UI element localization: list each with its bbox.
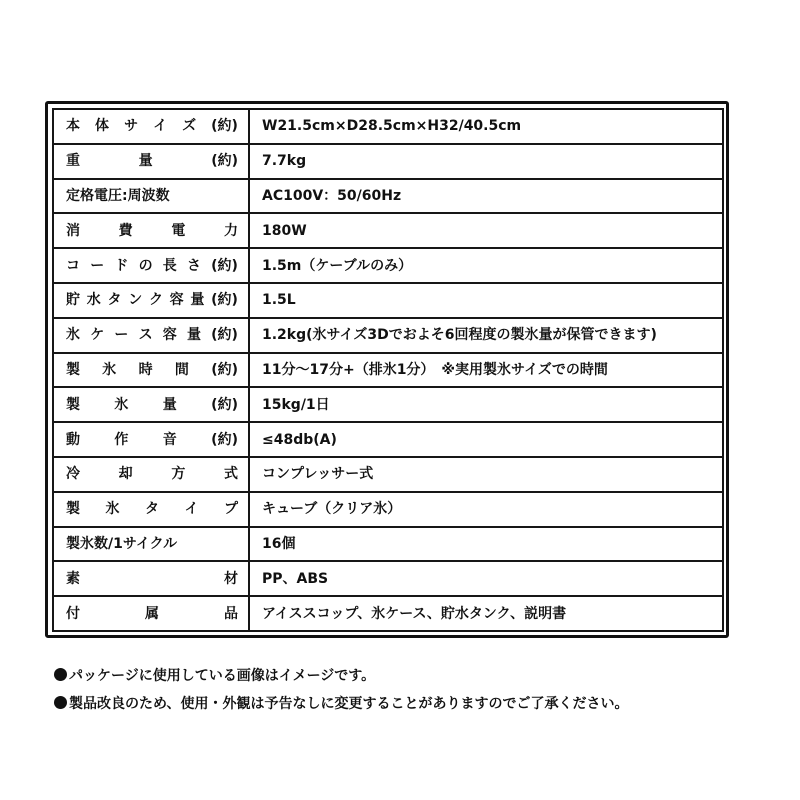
spec-label-char: (約): [211, 119, 238, 133]
spec-label: 氷ケース容量(約): [53, 318, 249, 353]
spec-label-char: 重: [66, 154, 80, 168]
spec-label: 製氷タイプ: [53, 492, 249, 527]
spec-value: 11分〜17分+（排氷1分） ※実用製氷サイズでの時間: [249, 353, 723, 388]
note-text: 製品改良のため、使用・外観は予告なしに変更することがありますのでご了承ください。: [69, 696, 628, 712]
spec-label-char: 動: [66, 433, 80, 447]
spec-label-char: ド: [114, 259, 128, 273]
spec-label-char: 属: [145, 607, 159, 621]
spec-label: 動作音(約): [53, 422, 249, 457]
spec-label-char: 量: [139, 154, 153, 168]
spec-label-char: 氷: [114, 398, 128, 412]
spec-label-char: コ: [66, 259, 80, 273]
spec-value: 1.5m（ケーブルのみ）: [249, 248, 723, 283]
spec-value: キューブ（クリア氷）: [249, 492, 723, 527]
spec-label: 貯水タンク容量(約): [53, 283, 249, 318]
spec-value: コンプレッサー式: [249, 457, 723, 492]
spec-label-char: タ: [107, 293, 121, 307]
spec-label-char: ン: [128, 293, 142, 307]
note-product-improvement: 製品改良のため、使用・外観は予告なしに変更することがありますのでご了承ください。: [54, 693, 774, 721]
spec-label: 定格電圧:周波数: [53, 179, 249, 214]
note-package-image: パッケージに使用している画像はイメージです。: [54, 665, 774, 693]
spec-row-weight: 重量(約) 7.7kg: [53, 144, 723, 179]
spec-label-char: 氷: [66, 328, 80, 342]
spec-label-char: 容: [170, 293, 184, 307]
spec-label-char: 消: [66, 224, 80, 238]
spec-label: 付属品: [53, 596, 249, 631]
spec-row-voltage: 定格電圧:周波数 AC100V：50/60Hz: [53, 179, 723, 214]
spec-label: 重量(約): [53, 144, 249, 179]
spec-label-char: 却: [119, 467, 133, 481]
spec-label-char: 力: [224, 224, 238, 238]
spec-label-char: 製: [66, 502, 80, 516]
spec-label-char: ケ: [90, 328, 104, 342]
spec-label: 製氷時間(約): [53, 353, 249, 388]
spec-label: 本体サイズ(約): [53, 109, 249, 144]
spec-label: 素材: [53, 561, 249, 596]
spec-label-char: (約): [211, 433, 238, 447]
spec-label-char: 作: [114, 433, 128, 447]
bullet-icon: [54, 696, 67, 709]
spec-label-char: 製: [66, 398, 80, 412]
spec-label: 冷却方式: [53, 457, 249, 492]
spec-label-char: ズ: [182, 119, 196, 133]
spec-table: 本体サイズ(約) W21.5cm×D28.5cm×H32/40.5cm 重量(約…: [52, 108, 724, 632]
spec-row-ice-time: 製氷時間(約) 11分〜17分+（排氷1分） ※実用製氷サイズでの時間: [53, 353, 723, 388]
spec-label: 消費電力: [53, 213, 249, 248]
spec-row-accessories: 付属品 アイススコップ、氷ケース、貯水タンク、説明書: [53, 596, 723, 631]
spec-value: 1.5L: [249, 283, 723, 318]
spec-table-body: 本体サイズ(約) W21.5cm×D28.5cm×H32/40.5cm 重量(約…: [53, 109, 723, 631]
note-text: パッケージに使用している画像はイメージです。: [69, 668, 375, 684]
spec-label-char: 量: [190, 293, 204, 307]
spec-label-char: イ: [153, 119, 167, 133]
spec-label-char: 本: [66, 119, 80, 133]
spec-label-char: 付: [66, 607, 80, 621]
spec-label-char: (約): [211, 154, 238, 168]
bullet-icon: [54, 668, 67, 681]
spec-row-ice-type: 製氷タイプ キューブ（クリア氷）: [53, 492, 723, 527]
spec-row-material: 素材 PP、ABS: [53, 561, 723, 596]
spec-label-char: 製: [66, 363, 80, 377]
spec-label-char: 氷: [102, 363, 116, 377]
spec-label-char: イ: [185, 502, 199, 516]
spec-label-char: ク: [149, 293, 163, 307]
spec-label-char: 容: [163, 328, 177, 342]
spec-label-char: (約): [211, 398, 238, 412]
spec-label-char: 貯: [66, 293, 80, 307]
spec-label-char: の: [139, 259, 153, 273]
spec-value: 180W: [249, 213, 723, 248]
spec-label-char: 製氷数/1サイクル: [66, 537, 177, 551]
spec-row-noise: 動作音(約) ≤48db(A): [53, 422, 723, 457]
spec-label-char: (約): [211, 363, 238, 377]
spec-label-char: 電: [171, 224, 185, 238]
spec-label-char: 量: [187, 328, 201, 342]
spec-label-char: サ: [124, 119, 138, 133]
spec-label-char: 冷: [66, 467, 80, 481]
spec-label-char: 品: [224, 607, 238, 621]
spec-label-char: 量: [163, 398, 177, 412]
spec-value: W21.5cm×D28.5cm×H32/40.5cm: [249, 109, 723, 144]
spec-value: 16個: [249, 527, 723, 562]
spec-label-char: さ: [187, 259, 201, 273]
spec-label-char: 長: [163, 259, 177, 273]
spec-label: 製氷数/1サイクル: [53, 527, 249, 562]
spec-row-ice-per-cycle: 製氷数/1サイクル 16個: [53, 527, 723, 562]
spec-label-char: ー: [114, 328, 128, 342]
spec-label: 製氷量(約): [53, 387, 249, 422]
spec-label-char: (約): [211, 259, 238, 273]
spec-row-size: 本体サイズ(約) W21.5cm×D28.5cm×H32/40.5cm: [53, 109, 723, 144]
spec-label-char: 式: [224, 467, 238, 481]
spec-label-char: 定格電圧:周波数: [66, 189, 170, 203]
spec-label-char: (約): [211, 293, 238, 307]
spec-label-char: タ: [145, 502, 159, 516]
spec-label-char: 時: [139, 363, 153, 377]
spec-label-char: 素: [66, 572, 80, 586]
spec-label-char: ー: [90, 259, 104, 273]
spec-row-ice-amount: 製氷量(約) 15kg/1日: [53, 387, 723, 422]
spec-value: 1.2kg(氷サイズ3Dでおよそ6回程度の製氷量が保管できます): [249, 318, 723, 353]
spec-label-char: ス: [139, 328, 153, 342]
spec-label-char: (約): [211, 328, 238, 342]
spec-label-char: 体: [95, 119, 109, 133]
spec-label-char: 材: [224, 572, 238, 586]
spec-label-char: 水: [87, 293, 101, 307]
spec-value: ≤48db(A): [249, 422, 723, 457]
spec-label-char: 氷: [106, 502, 120, 516]
spec-row-ice-case-capacity: 氷ケース容量(約) 1.2kg(氷サイズ3Dでおよそ6回程度の製氷量が保管できま…: [53, 318, 723, 353]
spec-value: 15kg/1日: [249, 387, 723, 422]
spec-label-char: 間: [175, 363, 189, 377]
spec-row-power: 消費電力 180W: [53, 213, 723, 248]
spec-value: AC100V：50/60Hz: [249, 179, 723, 214]
spec-label-char: 方: [171, 467, 185, 481]
spec-row-cooling-method: 冷却方式 コンプレッサー式: [53, 457, 723, 492]
spec-label-char: プ: [224, 502, 238, 516]
spec-row-tank-capacity: 貯水タンク容量(約) 1.5L: [53, 283, 723, 318]
spec-value: 7.7kg: [249, 144, 723, 179]
spec-row-cord-length: コードの長さ(約) 1.5m（ケーブルのみ）: [53, 248, 723, 283]
spec-label-char: 音: [163, 433, 177, 447]
spec-value: PP、ABS: [249, 561, 723, 596]
spec-label: コードの長さ(約): [53, 248, 249, 283]
notes-section: パッケージに使用している画像はイメージです。 製品改良のため、使用・外観は予告な…: [54, 665, 774, 721]
spec-value: アイススコップ、氷ケース、貯水タンク、説明書: [249, 596, 723, 631]
spec-label-char: 費: [119, 224, 133, 238]
